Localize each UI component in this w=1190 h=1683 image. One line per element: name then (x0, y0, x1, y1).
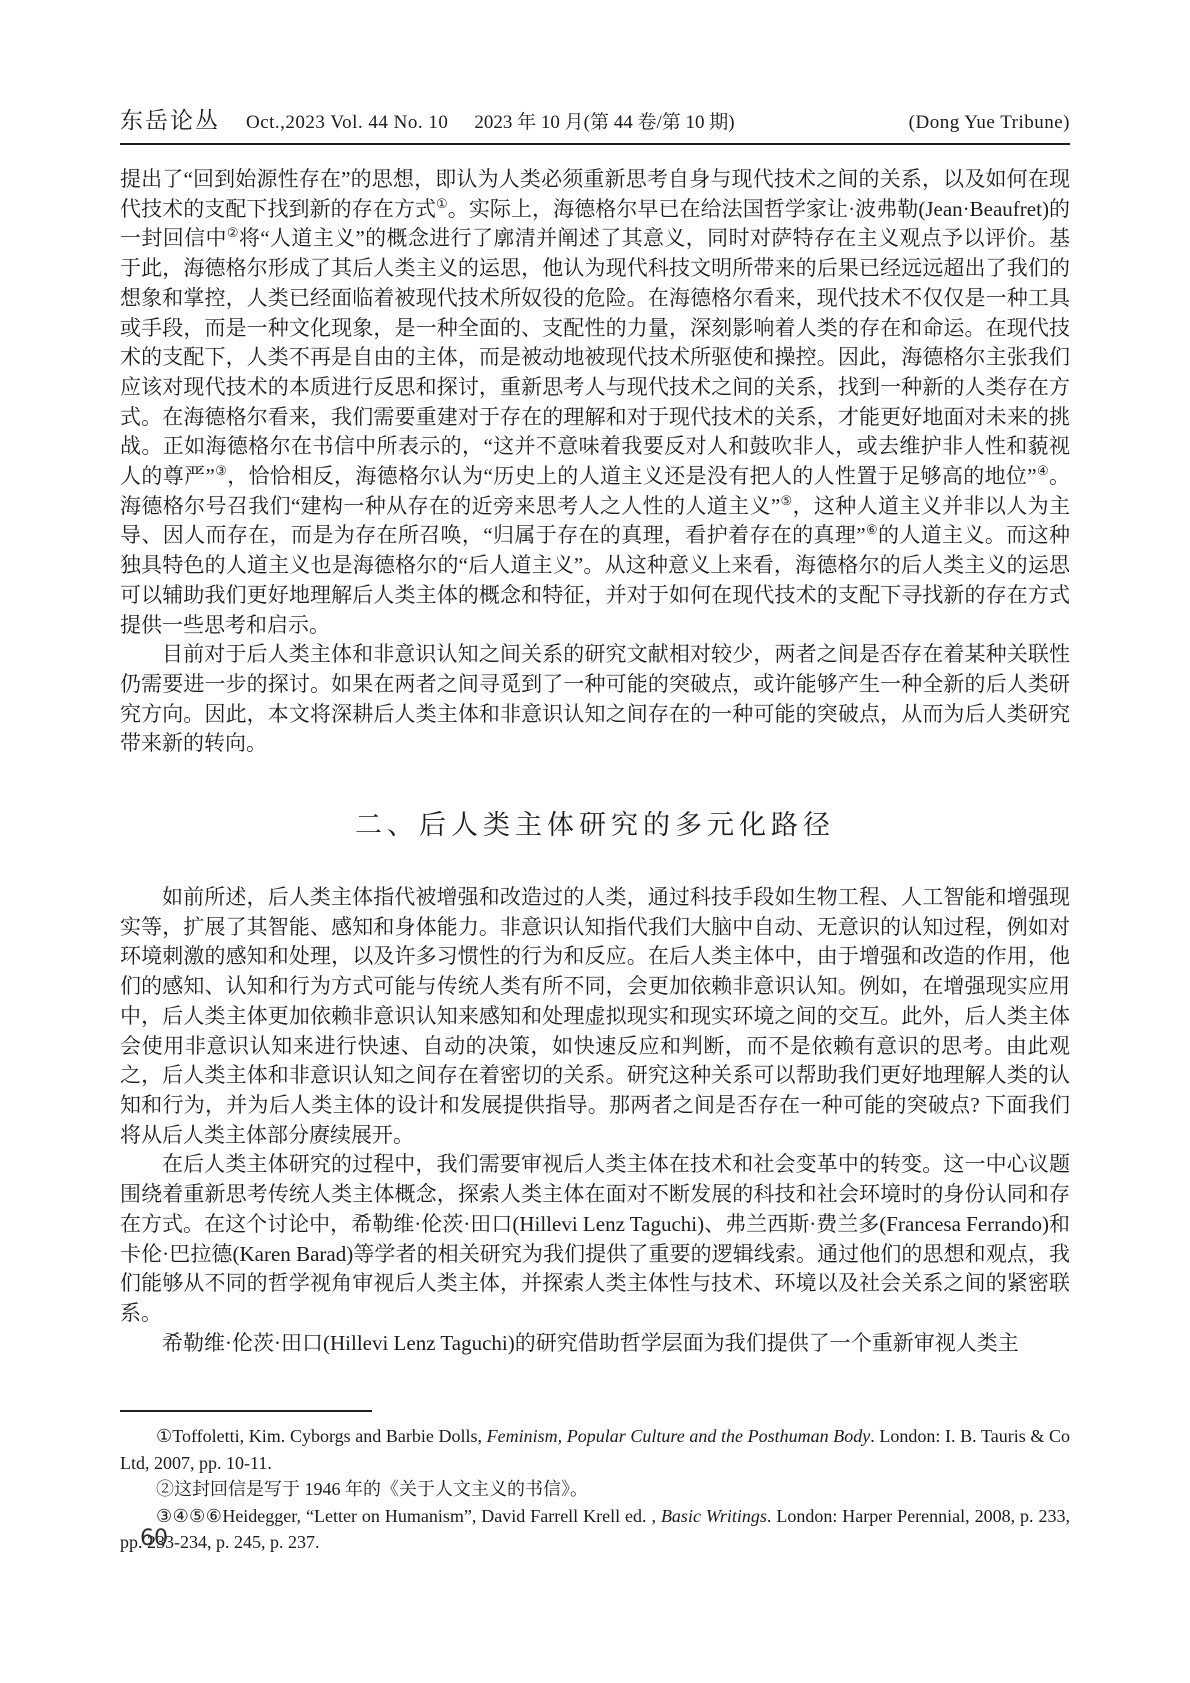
footnote-3-text: ③④⑤⑥Heidegger, “Letter on Humanism”, Dav… (156, 1506, 661, 1526)
footnote-separator (120, 1410, 372, 1412)
footnote-1-book-title: Feminism, Popular Culture and the Posthu… (487, 1426, 871, 1446)
footnote-1: ①Toffoletti, Kim. Cyborgs and Barbie Dol… (120, 1423, 1070, 1476)
footnote-3-book-title: Basic Writings (661, 1506, 767, 1526)
issue-info-en: Oct.,2023 Vol. 44 No. 10 (246, 112, 448, 134)
journal-page: 东岳论丛 Oct.,2023 Vol. 44 No. 10 2023 年 10 … (0, 0, 1190, 1683)
issue-info-cn: 2023 年 10 月(第 44 卷/第 10 期) (474, 107, 734, 134)
running-head-left: 东岳论丛 Oct.,2023 Vol. 44 No. 10 2023 年 10 … (120, 102, 735, 135)
paragraph-taguchi-start: 希勒维·伦茨·田口(Hillevi Lenz Taguchi)的研究借助哲学层面… (120, 1329, 1070, 1359)
paragraph-research-gap: 目前对于后人类主体和非意识认知之间关系的研究文献相对较少，两者之间是否存在着某种… (120, 640, 1070, 759)
footnote-1-text: ①Toffoletti, Kim. Cyborgs and Barbie Dol… (156, 1426, 487, 1446)
journal-title-cn: 东岳论丛 (120, 102, 220, 135)
paragraph-posthuman-definition: 如前所述，后人类主体指代被增强和改造过的人类，通过科技手段如生物工程、人工智能和… (120, 883, 1070, 1150)
footnote-2: ②这封回信是写于 1946 年的《关于人文主义的书信》。 (120, 1476, 1070, 1503)
section-heading: 二、后人类主体研究的多元化路径 (120, 803, 1070, 842)
page-number: 60 (140, 1526, 168, 1551)
journal-title-en: (Dong Yue Tribune) (909, 112, 1070, 134)
paragraph-continuation: 提出了“回到始源性存在”的思想，即认为人类必须重新思考自身与现代技术之间的关系，… (120, 165, 1070, 640)
footnote-3: ③④⑤⑥Heidegger, “Letter on Humanism”, Dav… (120, 1503, 1070, 1556)
paragraph-scholars: 在后人类主体研究的过程中，我们需要审视后人类主体在技术和社会变革中的转变。这一中… (120, 1150, 1070, 1328)
article-body: 提出了“回到始源性存在”的思想，即认为人类必须重新思考自身与现代技术之间的关系，… (120, 165, 1070, 1358)
footnotes-section: ①Toffoletti, Kim. Cyborgs and Barbie Dol… (120, 1410, 1070, 1556)
running-head: 东岳论丛 Oct.,2023 Vol. 44 No. 10 2023 年 10 … (120, 102, 1070, 145)
